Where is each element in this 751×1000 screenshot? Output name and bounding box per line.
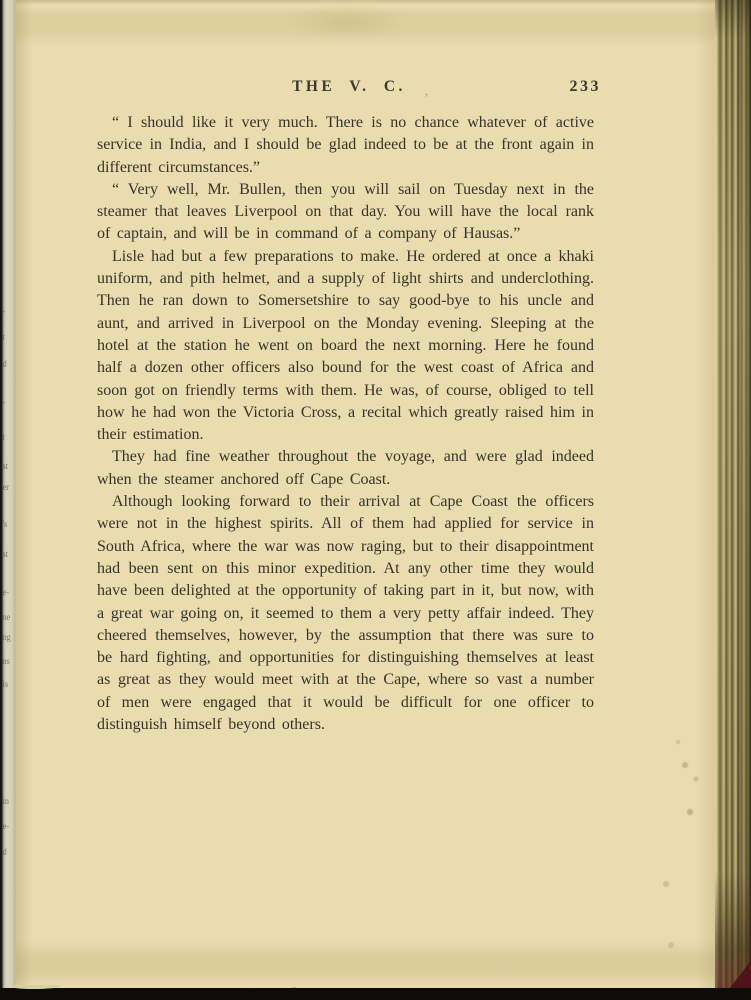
body-text: “ I should like it very much. There is n… [97, 112, 594, 736]
stray-ink-mark: , [425, 83, 428, 99]
page-header: THE V. C. , 233 [97, 78, 601, 98]
edge-fragment: t [3, 433, 14, 442]
fore-edge-page-stack [715, 0, 751, 989]
edge-fragment: 's [3, 520, 14, 529]
paragraph: “ Very well, Mr. Bullen, then you will s… [97, 179, 594, 246]
paragraph: They had fine weather throughout the voy… [97, 446, 594, 491]
paragraph: “ I should like it very much. There is n… [97, 112, 594, 179]
edge-fragment: e- [3, 588, 14, 597]
paragraph: Although looking forward to their arriva… [97, 491, 594, 736]
edge-fragment: t [3, 333, 14, 342]
edge-fragment: - [3, 398, 14, 407]
scan-bottom-shadow [0, 988, 751, 1000]
edge-fragment: ne [3, 613, 14, 622]
edge-fragment: st [3, 462, 14, 471]
running-title: THE V. C. [97, 78, 601, 96]
edge-fragment: ng [3, 633, 14, 642]
edge-fragment: er [3, 483, 14, 492]
edge-fragment: d [3, 848, 14, 857]
page-number: 233 [570, 78, 602, 96]
scanned-book-page: - t d - t st er 's st e- ne ng ns is in … [0, 0, 751, 1000]
adjacent-page-edge: - t d - t st er 's st e- ne ng ns is in … [0, 0, 17, 989]
edge-fragment: is [3, 680, 14, 689]
edge-fragment: ns [3, 657, 14, 666]
edge-fragment: st [3, 550, 14, 559]
edge-fragment: in [3, 797, 14, 806]
edge-fragment: - [3, 307, 14, 316]
edge-fragment: d [3, 360, 14, 369]
edge-fragment: e- [3, 822, 14, 831]
paragraph: Lisle had but a few preparations to make… [97, 246, 594, 447]
